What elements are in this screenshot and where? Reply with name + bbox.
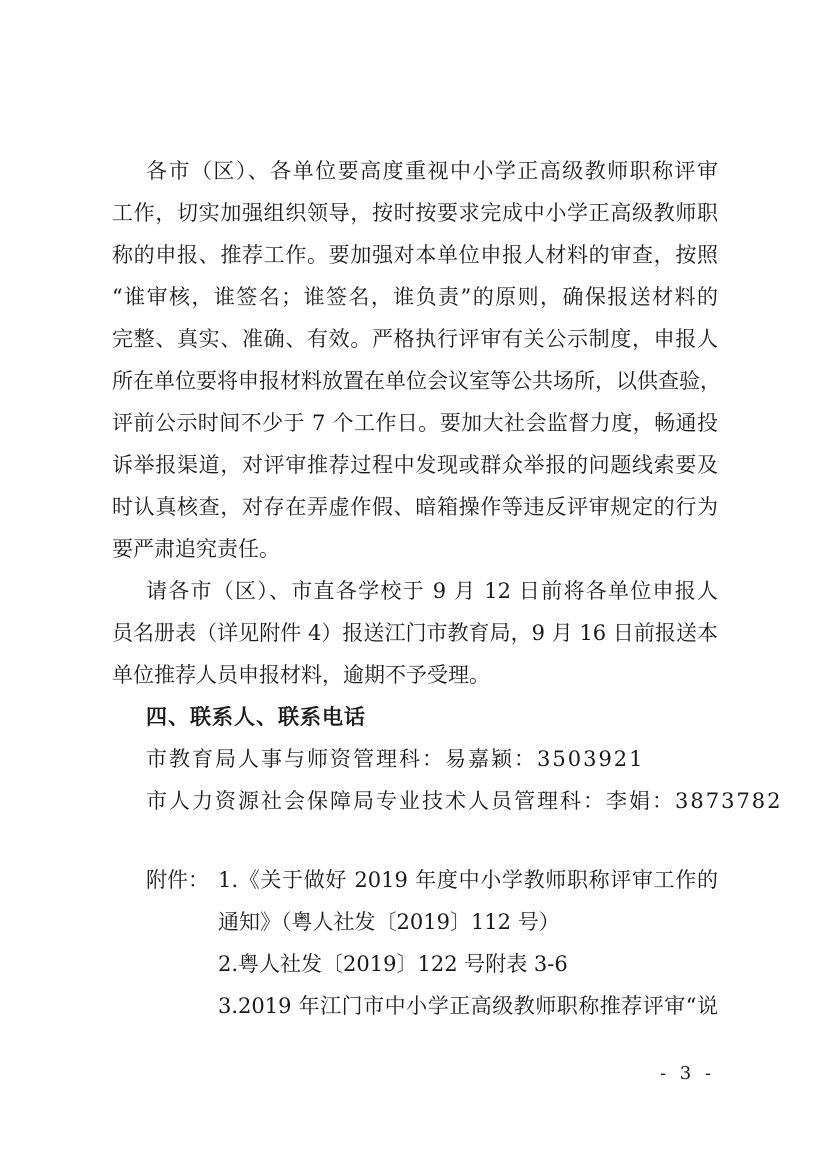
- paragraph-1-line-8: 诉举报渠道，对评审推荐过程中发现或群众举报的问题线索要及: [112, 447, 718, 483]
- paragraph-2-line-1: 请各市（区）、市直各学校于 9 月 12 日前将各单位申报人: [146, 573, 718, 609]
- contact-line-hr: 市人力资源社会保障局专业技术人员管理科：李娟：3873782: [146, 783, 783, 819]
- attachment-item-1-line-1: 1.《关于做好 2019 年度中小学教师职称评审工作的: [218, 862, 718, 898]
- contact-line-education: 市教育局人事与师资管理科：易嘉颖：3503921: [146, 741, 645, 777]
- paragraph-1-line-7: 评前公示时间不少于 7 个工作日。要加大社会监督力度，畅通投: [112, 405, 718, 441]
- paragraph-2-line-3: 单位推荐人员申报材料，逾期不予受理。: [112, 657, 718, 693]
- paragraph-2-line-2: 员名册表（详见附件 4）报送江门市教育局，9 月 16 日前报送本: [112, 615, 718, 651]
- page-number: - 3 -: [660, 1062, 715, 1086]
- attachment-item-2: 2.粤人社发〔2019〕122 号附表 3-6: [218, 946, 718, 982]
- paragraph-1-line-3: 称的申报、推荐工作。要加强对本单位申报人材料的审查，按照: [112, 237, 718, 273]
- attachment-item-1-line-2: 通知》（粤人社发〔2019〕112 号）: [218, 904, 718, 940]
- paragraph-1-line-4: “谁审核，谁签名；谁签名，谁负责”的原则，确保报送材料的: [112, 279, 718, 315]
- paragraph-1-line-9: 时认真核查，对存在弄虚作假、暗箱操作等违反评审规定的行为: [112, 489, 718, 525]
- paragraph-1-line-2: 工作，切实加强组织领导，按时按要求完成中小学正高级教师职: [112, 195, 718, 231]
- paragraph-1-line-6: 所在单位要将申报材料放置在单位会议室等公共场所，以供查验，: [112, 363, 718, 399]
- attachment-item-3: 3.2019 年江门市中小学正高级教师职称推荐评审“说: [218, 988, 718, 1024]
- paragraph-1-line-5: 完整、真实、准确、有效。严格执行评审有关公示制度，申报人: [112, 321, 718, 357]
- document-page: 各市（区）、各单位要高度重视中小学正高级教师职称评审 工作，切实加强组织领导，按…: [0, 0, 827, 1169]
- attachments-label: 附件：: [146, 862, 209, 898]
- paragraph-1-line-10: 要严肃追究责任。: [112, 531, 718, 567]
- section-heading: 四、联系人、联系电话: [146, 699, 366, 735]
- paragraph-1-line-1: 各市（区）、各单位要高度重视中小学正高级教师职称评审: [146, 153, 718, 189]
